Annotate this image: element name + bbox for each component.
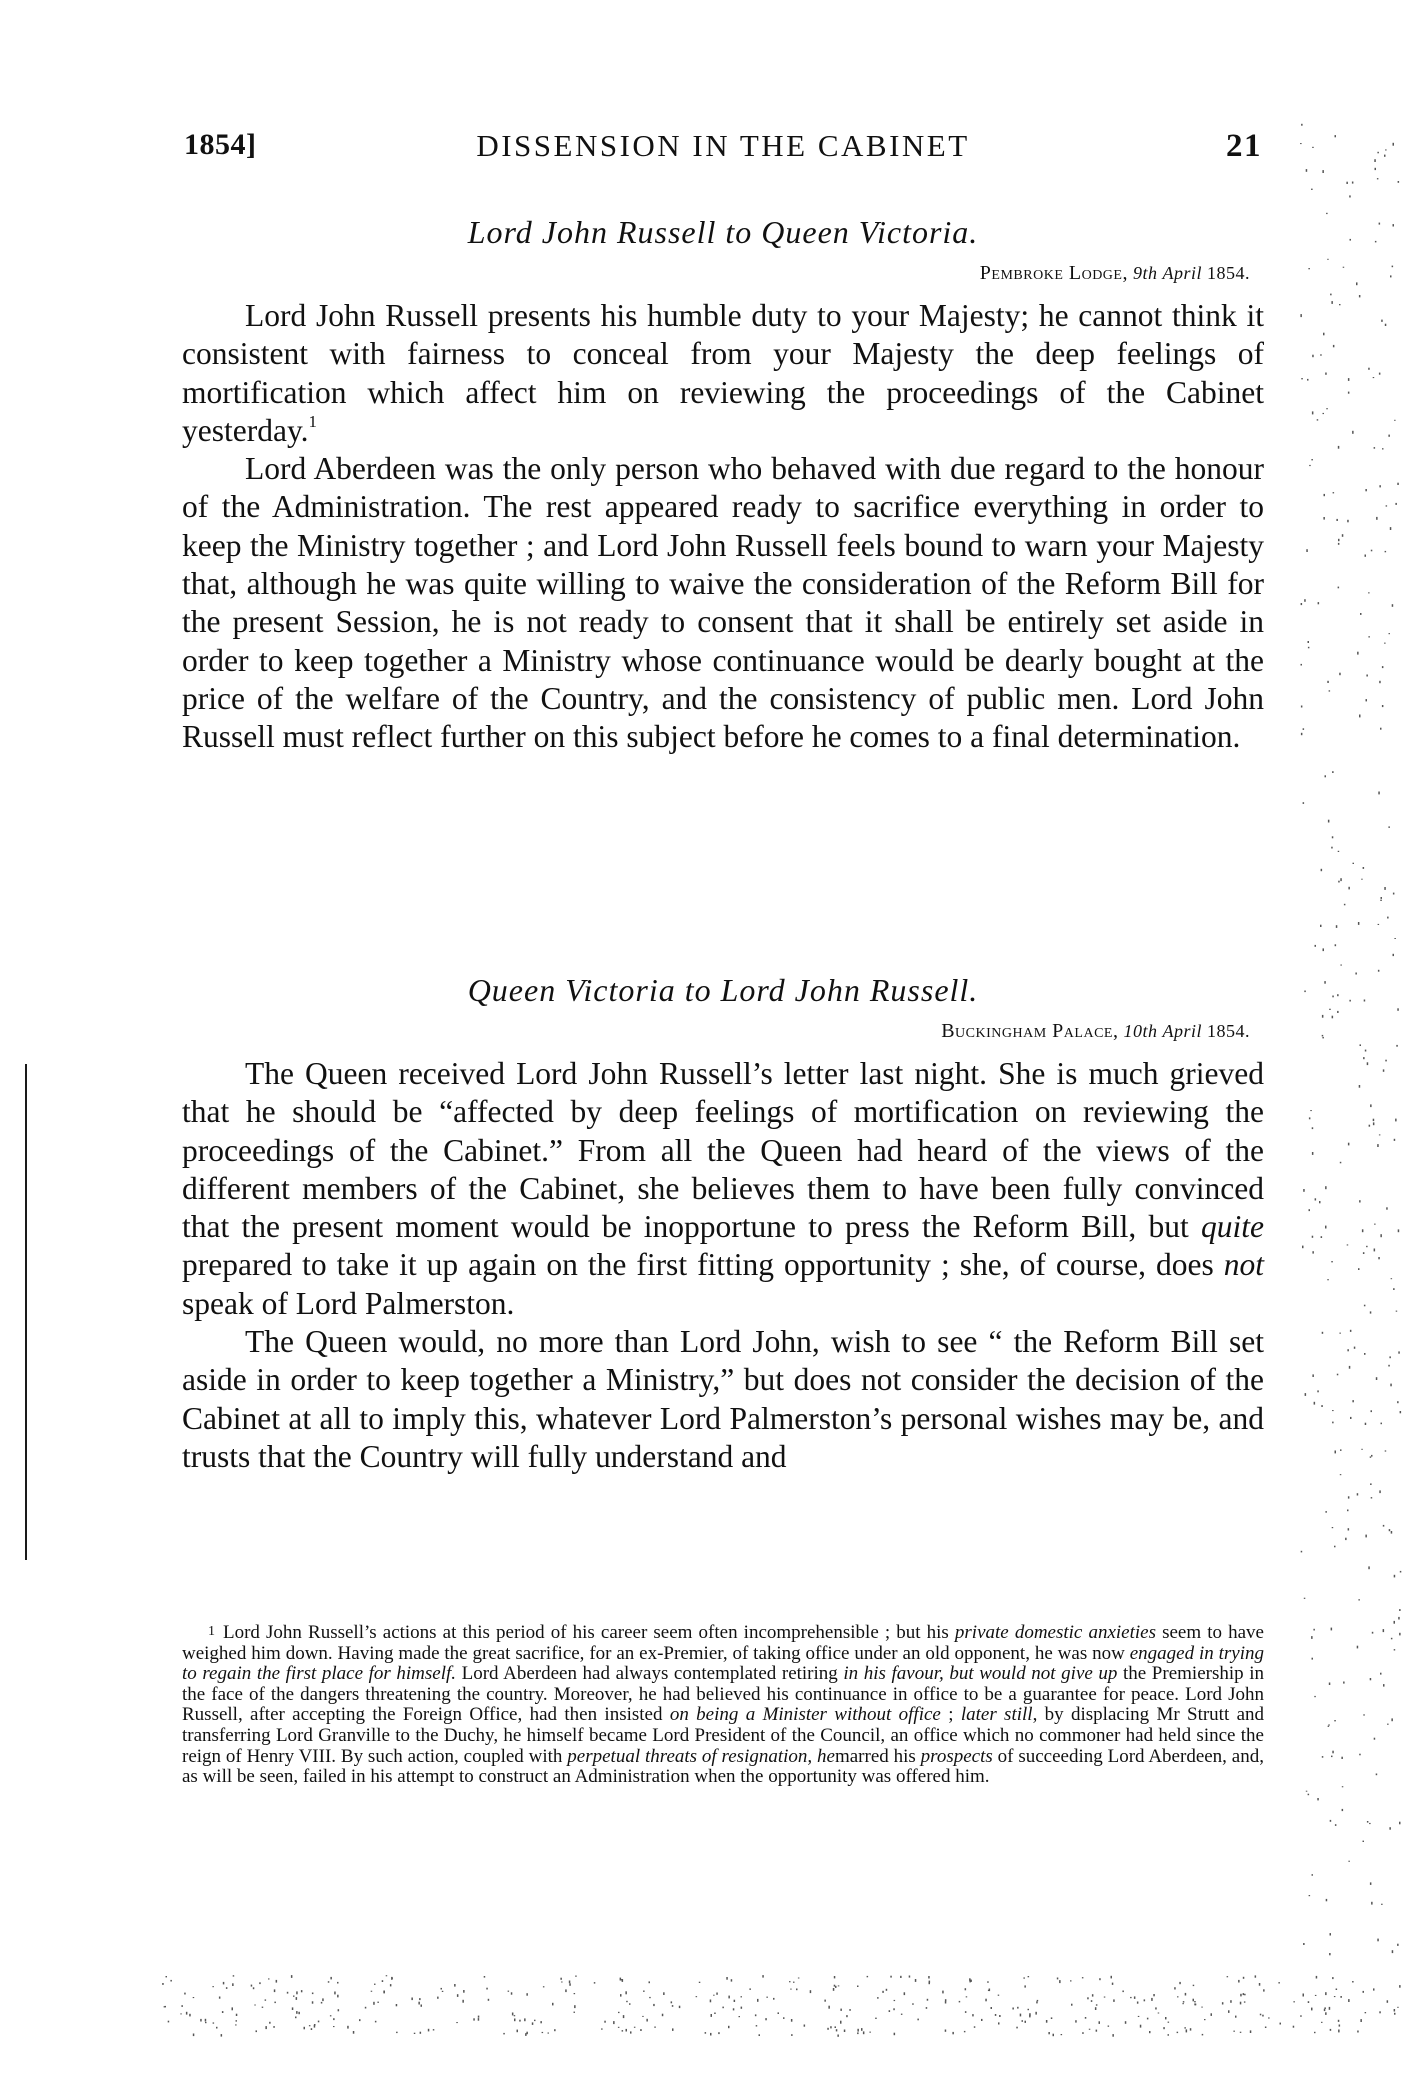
footnote-text: ; xyxy=(941,1704,961,1725)
footnotes: 1Lord John Russell’s actions at this per… xyxy=(182,1622,1264,1788)
letter-2-day: 10th xyxy=(1123,1021,1157,1041)
footnote-italic: on being a Minister without office xyxy=(670,1704,941,1725)
letter-2-place: Buckingham Palace, xyxy=(941,1020,1118,1042)
letter-2-dateline: Buckingham Palace, 10th April 1854. xyxy=(941,1020,1250,1043)
letter-2-paragraph-1: The Queen received Lord John Russell’s l… xyxy=(182,1055,1264,1323)
letter-1-heading: Lord John Russell to Queen Victoria. xyxy=(182,214,1264,251)
letter-2-body: The Queen received Lord John Russell’s l… xyxy=(182,1055,1264,1476)
letter-1-paragraph-2: Lord Aberdeen was the only person who be… xyxy=(182,450,1264,756)
running-head: 1854] DISSENSION IN THE CABINET 21 xyxy=(182,128,1264,172)
footnote-italic: perpetual threats of resignation, he xyxy=(567,1746,835,1767)
letter-1-body: Lord John Russell presents his humble du… xyxy=(182,297,1264,757)
footnote-italic: prospects xyxy=(921,1746,993,1767)
page-number: 21 xyxy=(1226,128,1262,165)
letter-1-dateline: Pembroke Lodge, 9th April 1854. xyxy=(980,262,1250,285)
letter-2-year: 1854. xyxy=(1207,1021,1250,1041)
paragraph-text: prepared to take it up again on the firs… xyxy=(182,1247,1224,1282)
paragraph-text: The Queen received Lord John Russell’s l… xyxy=(182,1056,1264,1244)
footnote-text: Lord John Russell’s actions at this peri… xyxy=(223,1622,955,1643)
running-head-title: DISSENSION IN THE CABINET xyxy=(182,128,1264,164)
footnote-text: Lord Aberdeen had always contemplated re… xyxy=(456,1663,843,1684)
footnote-ref[interactable]: 1 xyxy=(309,412,318,431)
letter-2-heading: Queen Victoria to Lord John Russell. xyxy=(182,972,1264,1009)
letter-2-month: April xyxy=(1162,1021,1202,1041)
footnote-italic: private domestic anxieties xyxy=(955,1622,1156,1643)
emphasis-not: not xyxy=(1224,1247,1264,1282)
letter-2-paragraph-2: The Queen would, no more than Lord John,… xyxy=(182,1323,1264,1476)
letter-1-year: 1854. xyxy=(1207,263,1250,283)
paragraph-text: Lord John Russell presents his humble du… xyxy=(182,298,1264,448)
footnote-italic: later still xyxy=(961,1704,1033,1725)
letter-1-day: 9th xyxy=(1133,263,1158,283)
letter-1-month: April xyxy=(1162,263,1202,283)
footnote-1: 1Lord John Russell’s actions at this per… xyxy=(182,1622,1264,1788)
scan-edge-line xyxy=(25,1064,27,1560)
paragraph-text: speak of Lord Palmerston. xyxy=(182,1286,514,1321)
letter-1-paragraph-1: Lord John Russell presents his humble du… xyxy=(182,297,1264,450)
footnote-italic: in his favour, but would not give up xyxy=(843,1663,1117,1684)
emphasis-quite: quite xyxy=(1201,1209,1264,1244)
footnote-mark: 1 xyxy=(208,1624,215,1639)
letter-1-place: Pembroke Lodge, xyxy=(980,262,1128,284)
footnote-text: marred his xyxy=(835,1746,921,1767)
